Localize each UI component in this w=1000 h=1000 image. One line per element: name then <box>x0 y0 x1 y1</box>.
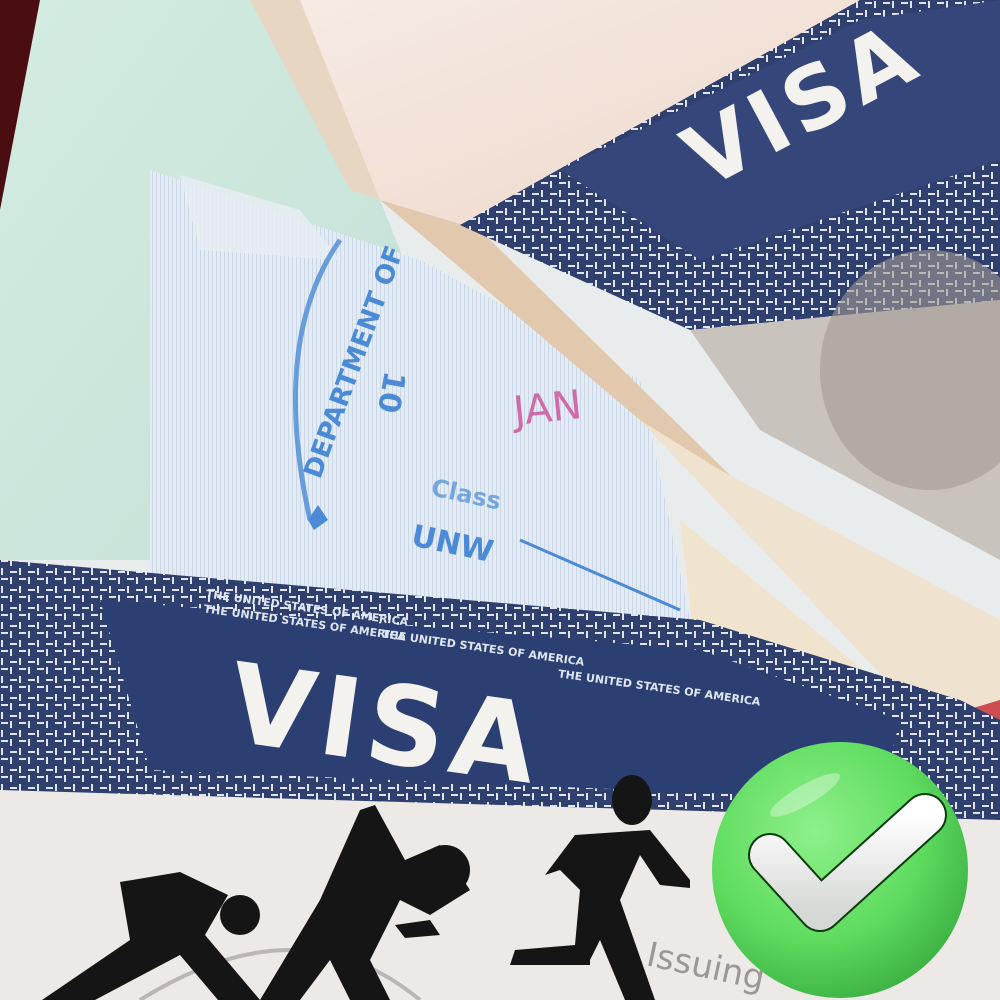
running-figure-icon <box>510 775 690 1000</box>
check-mark-badge <box>705 735 975 1000</box>
starting-runner-icon <box>260 805 470 1000</box>
crouching-runner-icon <box>42 872 260 1000</box>
